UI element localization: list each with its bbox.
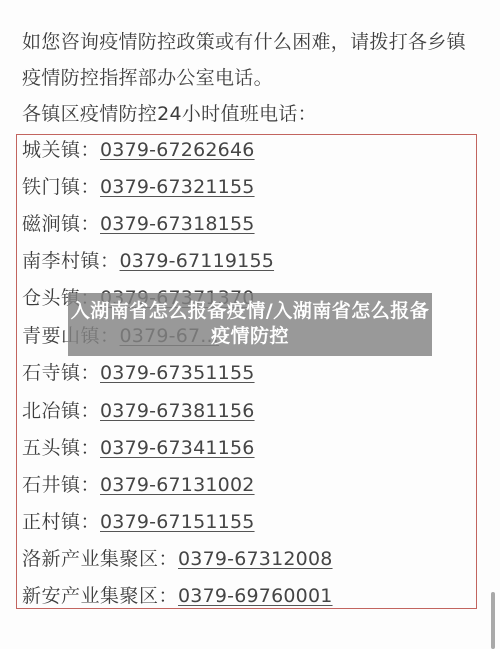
hotline-list: 城关镇：0379-67262646 铁门镇：0379-67321155 磁涧镇：… bbox=[16, 134, 477, 609]
town-label: 城关镇： bbox=[22, 139, 100, 161]
intro-text: 如您咨询疫情防控政策或有什么困难，请拨打各乡镇疫情防控指挥部办公室电话。 各镇区… bbox=[22, 24, 482, 132]
town-label: 五头镇： bbox=[22, 437, 100, 459]
phone-link[interactable]: 0379-67312008 bbox=[178, 548, 333, 570]
phone-link[interactable]: 0379-69760001 bbox=[178, 585, 333, 607]
hotline-row: 城关镇：0379-67262646 bbox=[22, 135, 255, 165]
hotline-row: 南李村镇：0379-67119155 bbox=[22, 246, 274, 276]
intro-paragraph: 如您咨询疫情防控政策或有什么困难，请拨打各乡镇疫情防控指挥部办公室电话。 bbox=[22, 24, 482, 96]
overlay-title: 入湖南省怎么报备疫情/入湖南省怎么报备疫情防控 bbox=[71, 300, 429, 347]
hotline-row: 石寺镇：0379-67351155 bbox=[22, 358, 255, 388]
hotline-row: 正村镇：0379-67151155 bbox=[22, 507, 255, 537]
hotline-row: 五头镇：0379-67341156 bbox=[22, 433, 255, 463]
hotline-row: 铁门镇：0379-67321155 bbox=[22, 172, 255, 202]
phone-link[interactable]: 0379-67351155 bbox=[100, 362, 255, 384]
hotline-row: 洛新产业集聚区：0379-67312008 bbox=[22, 544, 333, 574]
phone-link[interactable]: 0379-67321155 bbox=[100, 176, 255, 198]
town-label: 正村镇： bbox=[22, 511, 100, 533]
town-label: 铁门镇： bbox=[22, 176, 100, 198]
phone-link[interactable]: 0379-67318155 bbox=[100, 213, 255, 235]
phone-link[interactable]: 0379-67381156 bbox=[100, 400, 255, 422]
title-overlay-banner: 入湖南省怎么报备疫情/入湖南省怎么报备疫情防控 bbox=[68, 293, 432, 356]
phone-link[interactable]: 0379-67262646 bbox=[100, 139, 255, 161]
hotline-row: 石井镇：0379-67131002 bbox=[22, 470, 255, 500]
intro-subheading: 各镇区疫情防控24小时值班电话： bbox=[22, 96, 482, 132]
town-label: 洛新产业集聚区： bbox=[22, 548, 178, 570]
town-label: 北冶镇： bbox=[22, 400, 100, 422]
phone-link[interactable]: 0379-67341156 bbox=[100, 437, 255, 459]
town-label: 石寺镇： bbox=[22, 362, 100, 384]
phone-link[interactable]: 0379-67131002 bbox=[100, 474, 255, 496]
phone-link[interactable]: 0379-67151155 bbox=[100, 511, 255, 533]
town-label: 磁涧镇： bbox=[22, 213, 100, 235]
phone-link[interactable]: 0379-67119155 bbox=[120, 250, 275, 272]
town-label: 石井镇： bbox=[22, 474, 100, 496]
hotline-row: 新安产业集聚区：0379-69760001 bbox=[22, 581, 333, 611]
town-label: 南李村镇： bbox=[22, 250, 120, 272]
scrollbar[interactable] bbox=[491, 592, 495, 649]
hotline-row: 磁涧镇：0379-67318155 bbox=[22, 209, 255, 239]
town-label: 新安产业集聚区： bbox=[22, 585, 178, 607]
hotline-row: 北冶镇：0379-67381156 bbox=[22, 396, 255, 426]
